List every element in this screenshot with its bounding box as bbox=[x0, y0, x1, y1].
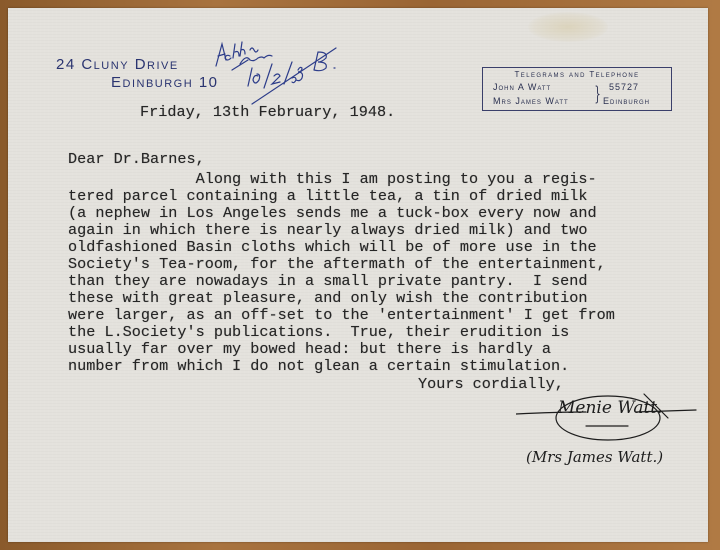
brace-icon: } bbox=[594, 81, 601, 105]
letter-date: Friday, 13th February, 1948. bbox=[140, 102, 395, 122]
signature-text: Menie Watt. bbox=[558, 398, 663, 418]
letterhead-address-line2: Edinburgh 10 bbox=[111, 74, 219, 91]
handwritten-signature: Menie Watt. bbox=[516, 390, 706, 450]
telegram-box-heading: Telegrams and Telephone bbox=[483, 70, 671, 79]
telephone-number: 55727 bbox=[609, 82, 639, 92]
printed-name: (Mrs James Watt.) bbox=[526, 448, 663, 466]
telegram-address: Edinburgh bbox=[603, 96, 650, 106]
letter-salutation: Dear Dr.Barnes, bbox=[68, 149, 205, 169]
paper-stain bbox=[528, 12, 608, 42]
telegram-name-2: Mrs James Watt bbox=[493, 96, 569, 106]
letter-paper: 24 Cluny Drive Edinburgh 10 Telegrams an… bbox=[8, 8, 708, 542]
telegram-name-1: John A Watt bbox=[493, 82, 551, 92]
telegram-telephone-box: Telegrams and Telephone John A Watt Mrs … bbox=[482, 67, 672, 111]
letterhead-address-line1: 24 Cluny Drive bbox=[56, 56, 179, 73]
handwritten-annotation bbox=[208, 30, 338, 100]
annotation-scribble-icon bbox=[208, 30, 348, 110]
